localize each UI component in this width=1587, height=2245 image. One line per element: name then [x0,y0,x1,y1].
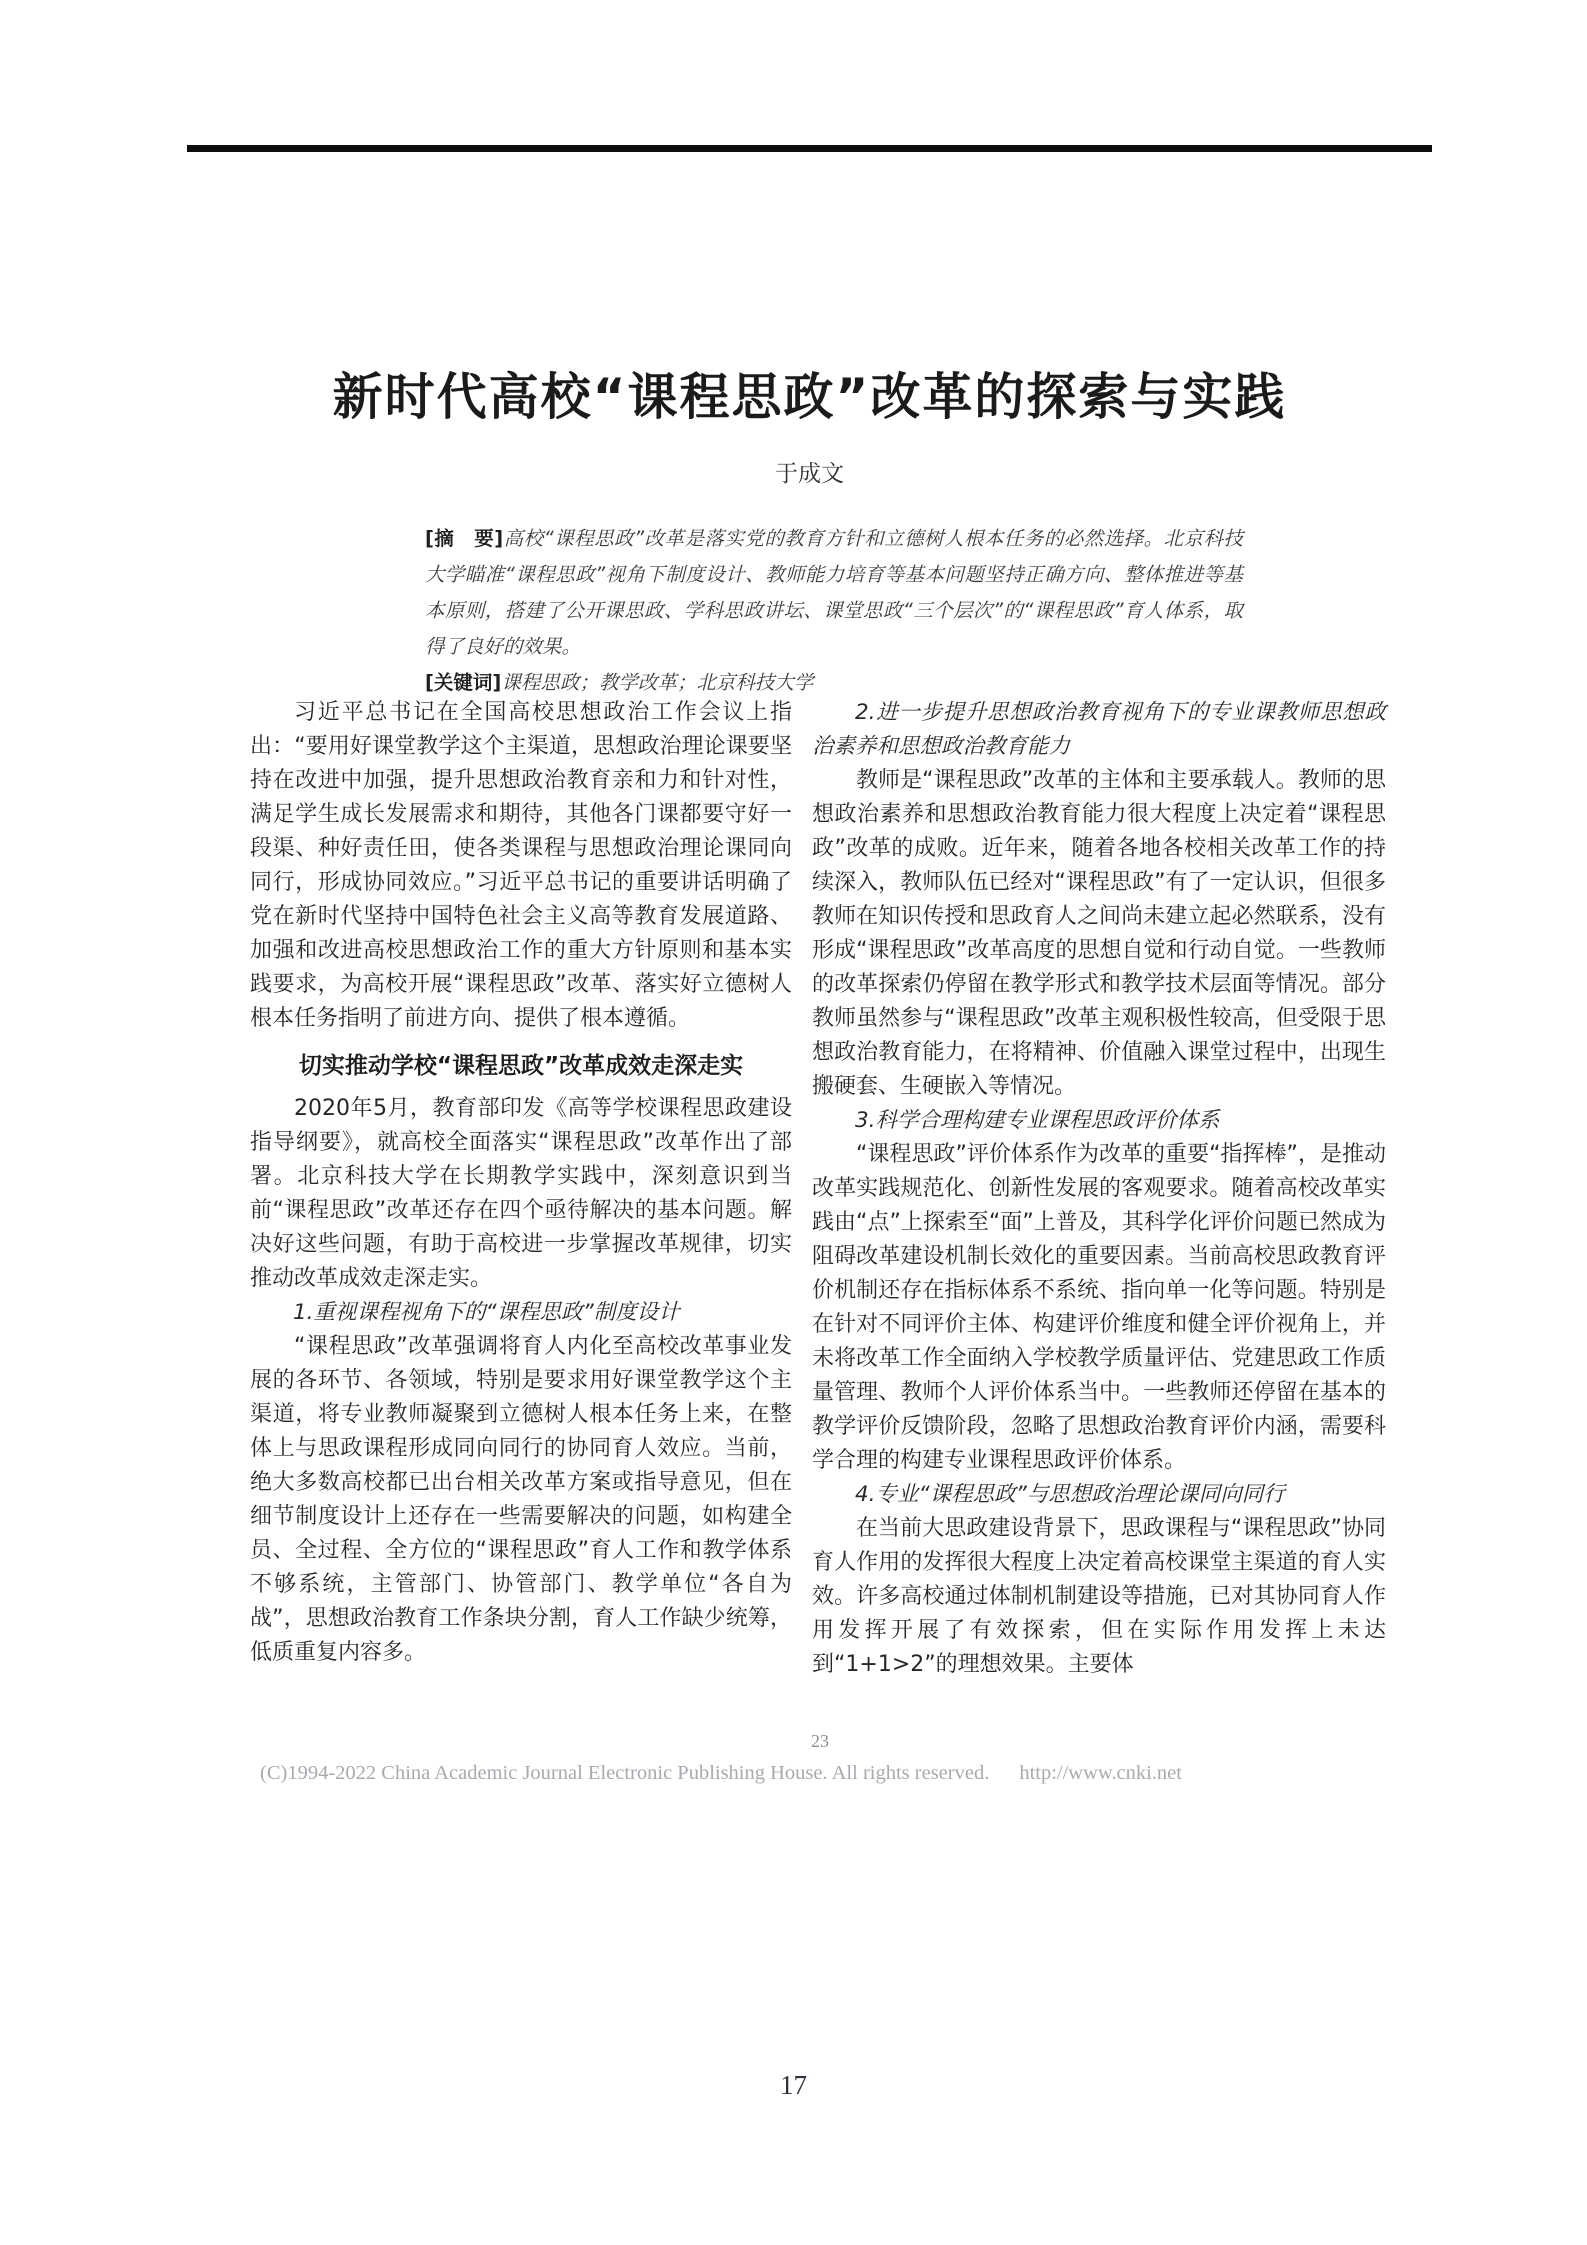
paragraph: 2020年5月，教育部印发《高等学校课程思政建设指导纲要》，就高校全面落实“课程… [250,1092,792,1296]
header-rule [187,145,1432,152]
abstract-label: [摘 要] [425,527,503,550]
copyright-line: (C)1994-2022 China Academic Journal Elec… [260,1762,1182,1785]
paragraph: 教师是“课程思政”改革的主体和主要承载人。教师的思想政治素养和思想政治教育能力很… [812,764,1386,1104]
abstract-paragraph: [摘 要]高校“课程思政”改革是落实党的教育方针和立德树人根本任务的必然选择。北… [425,521,1243,665]
section-heading: 切实推动学校“课程思政”改革成效走深走实 [250,1049,792,1083]
article-author: 于成文 [187,455,1432,488]
abstract-block: [摘 要]高校“课程思政”改革是落实党的教育方针和立德树人根本任务的必然选择。北… [425,521,1243,701]
paragraph: 在当前大思政建设背景下，思政课程与“课程思政”协同育人作用的发挥很大程度上决定着… [812,1512,1386,1682]
right-column: 2.进一步提升思想政治教育视角下的专业课教师思想政治素养和思想政治教育能力 教师… [812,696,1386,1682]
paragraph: “课程思政”评价体系作为改革的重要“指挥棒”，是推动改革实践规范化、创新性发展的… [812,1138,1386,1478]
subsection-heading: 2.进一步提升思想政治教育视角下的专业课教师思想政治素养和思想政治教育能力 [812,696,1386,764]
subsection-heading: 1.重视课程视角下的“课程思政”制度设计 [250,1296,792,1330]
left-column: 习近平总书记在全国高校思想政治工作会议上指出：“要用好课堂教学这个主渠道，思想政… [250,696,792,1670]
cnki-url: http://www.cnki.net [1019,1762,1182,1784]
paragraph: 习近平总书记在全国高校思想政治工作会议上指出：“要用好课堂教学这个主渠道，思想政… [250,696,792,1036]
document-page-number: 17 [0,2070,1587,2101]
journal-page-number: 23 [187,1731,1453,1752]
article-title: 新时代高校“课程思政”改革的探索与实践 [187,368,1432,426]
keywords-text: 课程思政；教学改革；北京科技大学 [501,671,813,694]
subsection-heading: 3.科学合理构建专业课程思政评价体系 [812,1104,1386,1138]
keywords-label: [关键词] [425,671,501,694]
abstract-text: 高校“课程思政”改革是落实党的教育方针和立德树人根本任务的必然选择。北京科技大学… [425,527,1243,658]
copyright-text: (C)1994-2022 China Academic Journal Elec… [260,1762,989,1784]
subsection-heading: 4.专业“课程思政”与思想政治理论课同向同行 [812,1478,1386,1512]
paragraph: “课程思政”改革强调将育人内化至高校改革事业发展的各环节、各领域，特别是要求用好… [250,1330,792,1670]
journal-scan-page: 新时代高校“课程思政”改革的探索与实践 于成文 [摘 要]高校“课程思政”改革是… [0,0,1587,2245]
